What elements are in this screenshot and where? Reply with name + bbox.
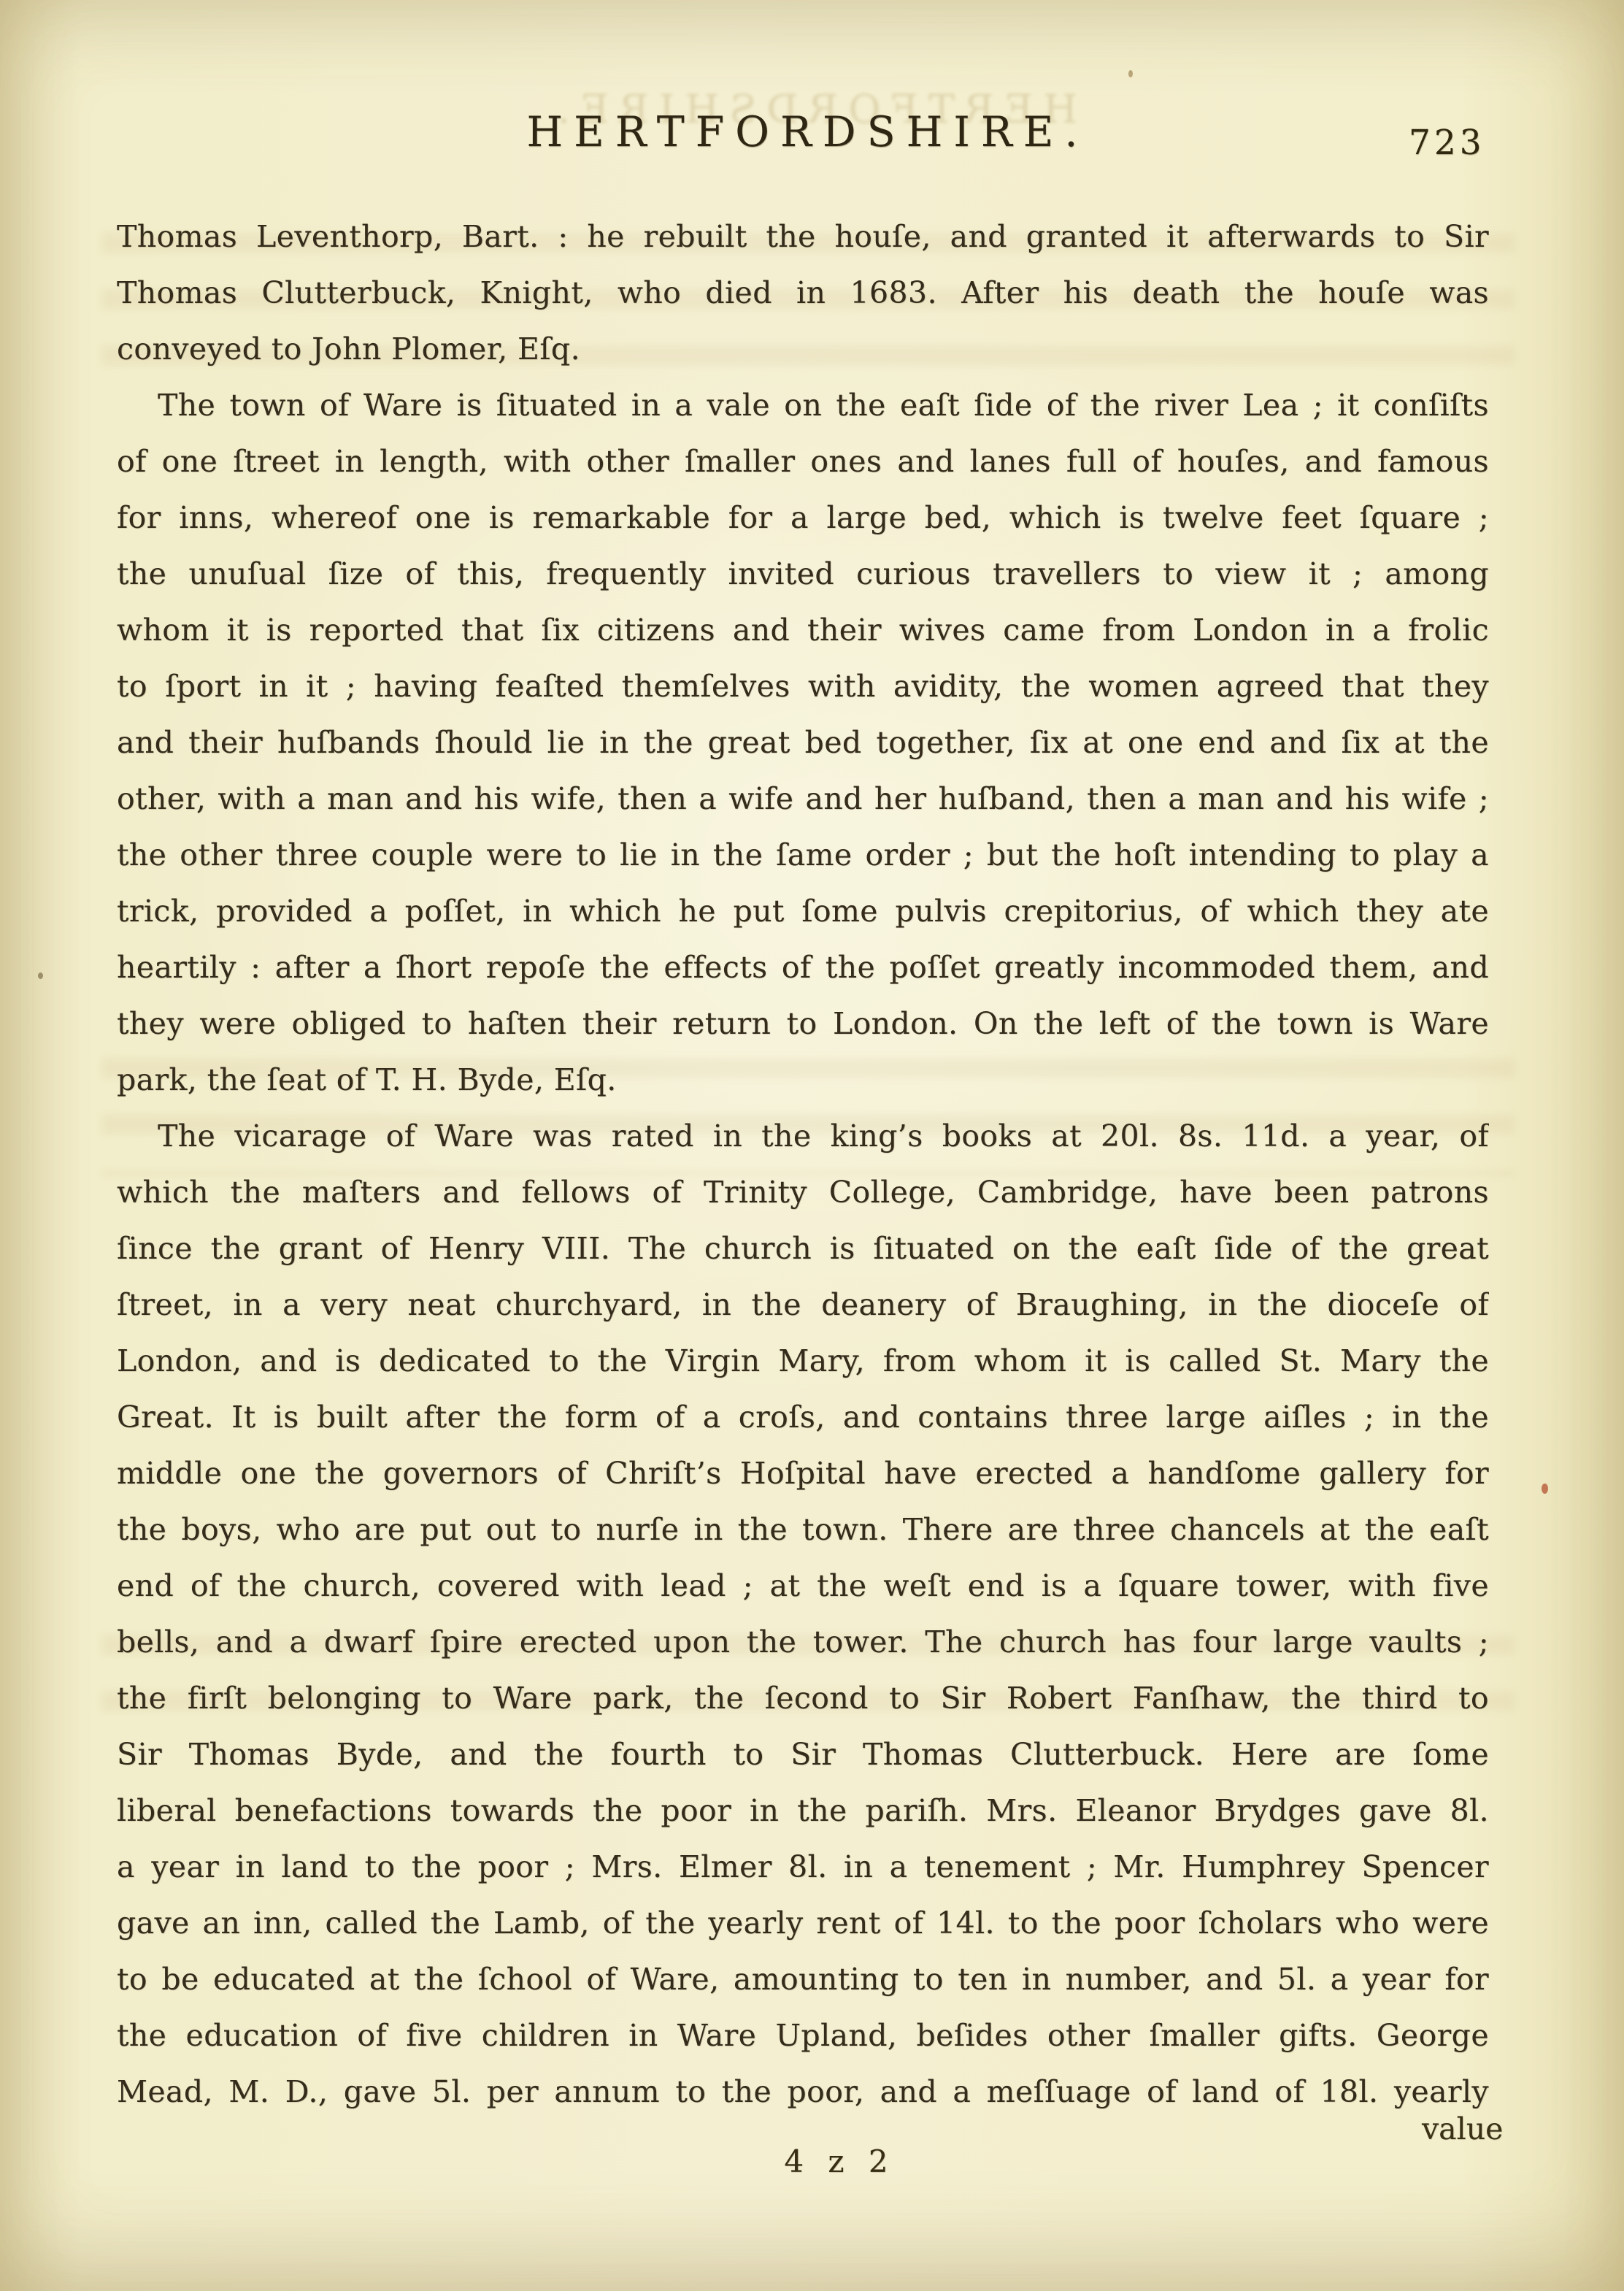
text-line: which the maſters and fellows of Trinity… (117, 1164, 1489, 1221)
text-line: Great. It is built after the form of a c… (117, 1389, 1489, 1446)
catchword: value (1422, 2111, 1503, 2146)
text-line: conveyed to John Plomer, Eſq. (117, 321, 1489, 377)
paper-speck (1128, 70, 1133, 77)
text-line: Sir Thomas Byde, and the fourth to Sir T… (117, 1727, 1489, 1783)
text-line: Mead, M. D., gave 5l. per annum to the p… (117, 2064, 1489, 2120)
text-line: other, with a man and his wife, then a w… (117, 771, 1489, 827)
text-line: of one ſtreet in length, with other ſmal… (117, 434, 1489, 490)
text-line: middle one the governors of Chriſt’s Hoſ… (117, 1446, 1489, 1502)
text-line: ſince the grant of Henry VIII. The churc… (117, 1221, 1489, 1277)
paragraph: Thomas Leventhorp, Bart. : he rebuilt th… (117, 209, 1489, 377)
paper-speck (38, 972, 43, 979)
text-line: The vicarage of Ware was rated in the ki… (117, 1108, 1489, 1164)
text-line: gave an inn, called the Lamb, of the yea… (117, 1895, 1489, 1952)
text-line: whom it is reported that ſix citizens an… (117, 602, 1489, 659)
paragraph: The vicarage of Ware was rated in the ki… (117, 1108, 1489, 2120)
text-line: the education of five children in Ware U… (117, 2008, 1489, 2064)
running-head-title: HERTFORDSHIRE. (526, 108, 1088, 156)
paragraph: The town of Ware is ſituated in a vale o… (117, 377, 1489, 1108)
text-line: a year in land to the poor ; Mrs. Elmer … (117, 1839, 1489, 1895)
text-line: The town of Ware is ſituated in a vale o… (117, 377, 1489, 434)
text-line: they were obliged to haſten their return… (117, 996, 1489, 1052)
text-line: bells, and a dwarf ſpire erected upon th… (117, 1614, 1489, 1670)
text-line: heartily : after a ſhort repoſe the effe… (117, 940, 1489, 996)
text-line: the firſt belonging to Ware park, the ſe… (117, 1670, 1489, 1727)
text-line: liberal benefactions towards the poor in… (117, 1783, 1489, 1839)
page-body: Thomas Leventhorp, Bart. : he rebuilt th… (117, 209, 1489, 2120)
text-line: end of the church, covered with lead ; a… (117, 1558, 1489, 1614)
text-line: trick, provided a poſſet, in which he pu… (117, 883, 1489, 940)
text-line: to ſport in it ; having feaſted themſelv… (117, 659, 1489, 715)
text-line: Thomas Leventhorp, Bart. : he rebuilt th… (117, 209, 1489, 265)
text-line: ſtreet, in a very neat churchyard, in th… (117, 1277, 1489, 1333)
page-number: 723 (1409, 123, 1485, 163)
text-line: and their huſbands ſhould lie in the gre… (117, 715, 1489, 771)
text-line: the unuſual ſize of this, frequently inv… (117, 546, 1489, 602)
text-line: London, and is dedicated to the Virgin M… (117, 1333, 1489, 1389)
text-line: for inns, whereof one is remarkable for … (117, 490, 1489, 546)
paper-speck (1542, 1484, 1548, 1494)
signature-mark: 4 z 2 (784, 2144, 895, 2179)
text-line: the other three couple were to lie in th… (117, 827, 1489, 883)
book-page-scan: HERTFORDSHIRE. HERTFORDSHIRE. 723 Thomas… (0, 0, 1624, 2291)
text-line: Thomas Clutterbuck, Knight, who died in … (117, 265, 1489, 321)
text-line: park, the ſeat of T. H. Byde, Eſq. (117, 1052, 1489, 1108)
text-line: the boys, who are put out to nurſe in th… (117, 1502, 1489, 1558)
text-line: to be educated at the ſchool of Ware, am… (117, 1952, 1489, 2008)
